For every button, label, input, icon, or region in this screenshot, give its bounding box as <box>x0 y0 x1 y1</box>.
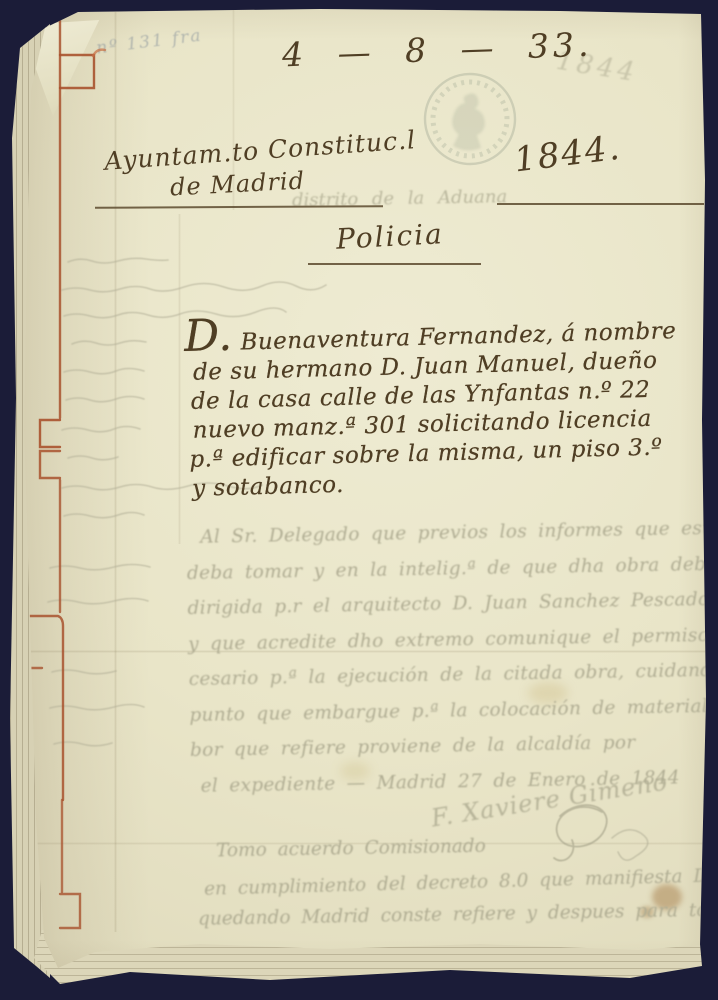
manuscript-scan: nº 131 fra 1844 distrito de la Aduana 4 … <box>0 0 718 1000</box>
paper-sheet: nº 131 fra 1844 distrito de la Aduana 4 … <box>0 0 718 1000</box>
